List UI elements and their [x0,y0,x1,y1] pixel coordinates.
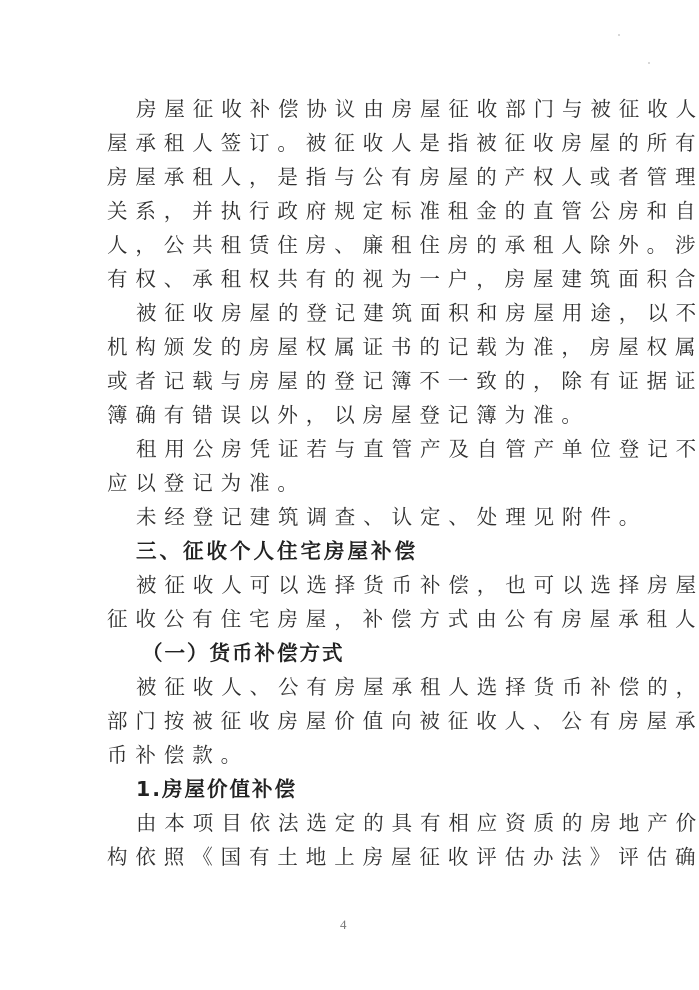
paragraph-line: 有权、承租权共有的视为一户，房屋建筑面积合并计算。 [107,269,699,290]
paragraph-line: 币补偿款。 [107,745,249,766]
paragraph-line: 被征收人、公有房屋承租人选择货币补偿的，房屋征收 [136,677,699,698]
paragraph-line: 由本项目依法选定的具有相应资质的房地产价格评估机 [136,813,699,834]
paragraph-line: 屋承租人签订。被征收人是指被征收房屋的所有权人；公有 [107,133,699,154]
document-page: 房屋征收补偿协议由房屋征收部门与被征收人、公有房 屋承租人签订。被征收人是指被征… [0,0,699,990]
paragraph-line: 房屋征收补偿协议由房屋征收部门与被征收人、公有房 [136,99,699,120]
scan-speck [648,62,650,64]
paragraph-line: 应以登记为准。 [107,473,306,494]
paragraph-line: 机构颁发的房屋权属证书的记载为准，房屋权属证书未记载 [107,337,699,358]
paragraph-line: 或者记载与房屋的登记簿不一致的，除有证据证明房屋登记 [107,371,699,392]
paragraph-line: 构依照《国有土地上房屋征收评估办法》评估确定，评估时 [107,847,699,868]
paragraph-line: 人，公共租赁住房、廉租住房的承租人除外。涉及到房屋所 [107,235,699,256]
subsection-heading: （一）货币补偿方式 [142,643,345,664]
paragraph-line: 租用公房凭证若与直管产及自管产单位登记不一致的， [136,439,699,460]
paragraph-line: 房屋承租人，是指与公有房屋的产权人或者管理人建立租赁 [107,167,699,188]
scan-speck [618,34,620,36]
paragraph-line: 被征收人可以选择货币补偿，也可以选择房屋产权调换。 [136,575,699,596]
paragraph-line: 征收公有住宅房屋，补偿方式由公有房屋承租人选择。 [107,609,699,630]
item-heading: 1.房屋价值补偿 [136,779,297,800]
paragraph-line: 簿确有错误以外，以房屋登记簿为准。 [107,405,590,426]
section-heading: 三、征收个人住宅房屋补偿 [136,541,418,562]
paragraph-line: 关系，并执行政府规定标准租金的直管公房和自管公房承租 [107,201,699,222]
page-number: 4 [340,917,347,933]
paragraph-line: 部门按被征收房屋价值向被征收人、公有房屋承租人支付货 [107,711,699,732]
paragraph-line: 未经登记建筑调查、认定、处理见附件。 [136,507,647,528]
paragraph-line: 被征收房屋的登记建筑面积和房屋用途，以不动产登记 [136,303,699,324]
